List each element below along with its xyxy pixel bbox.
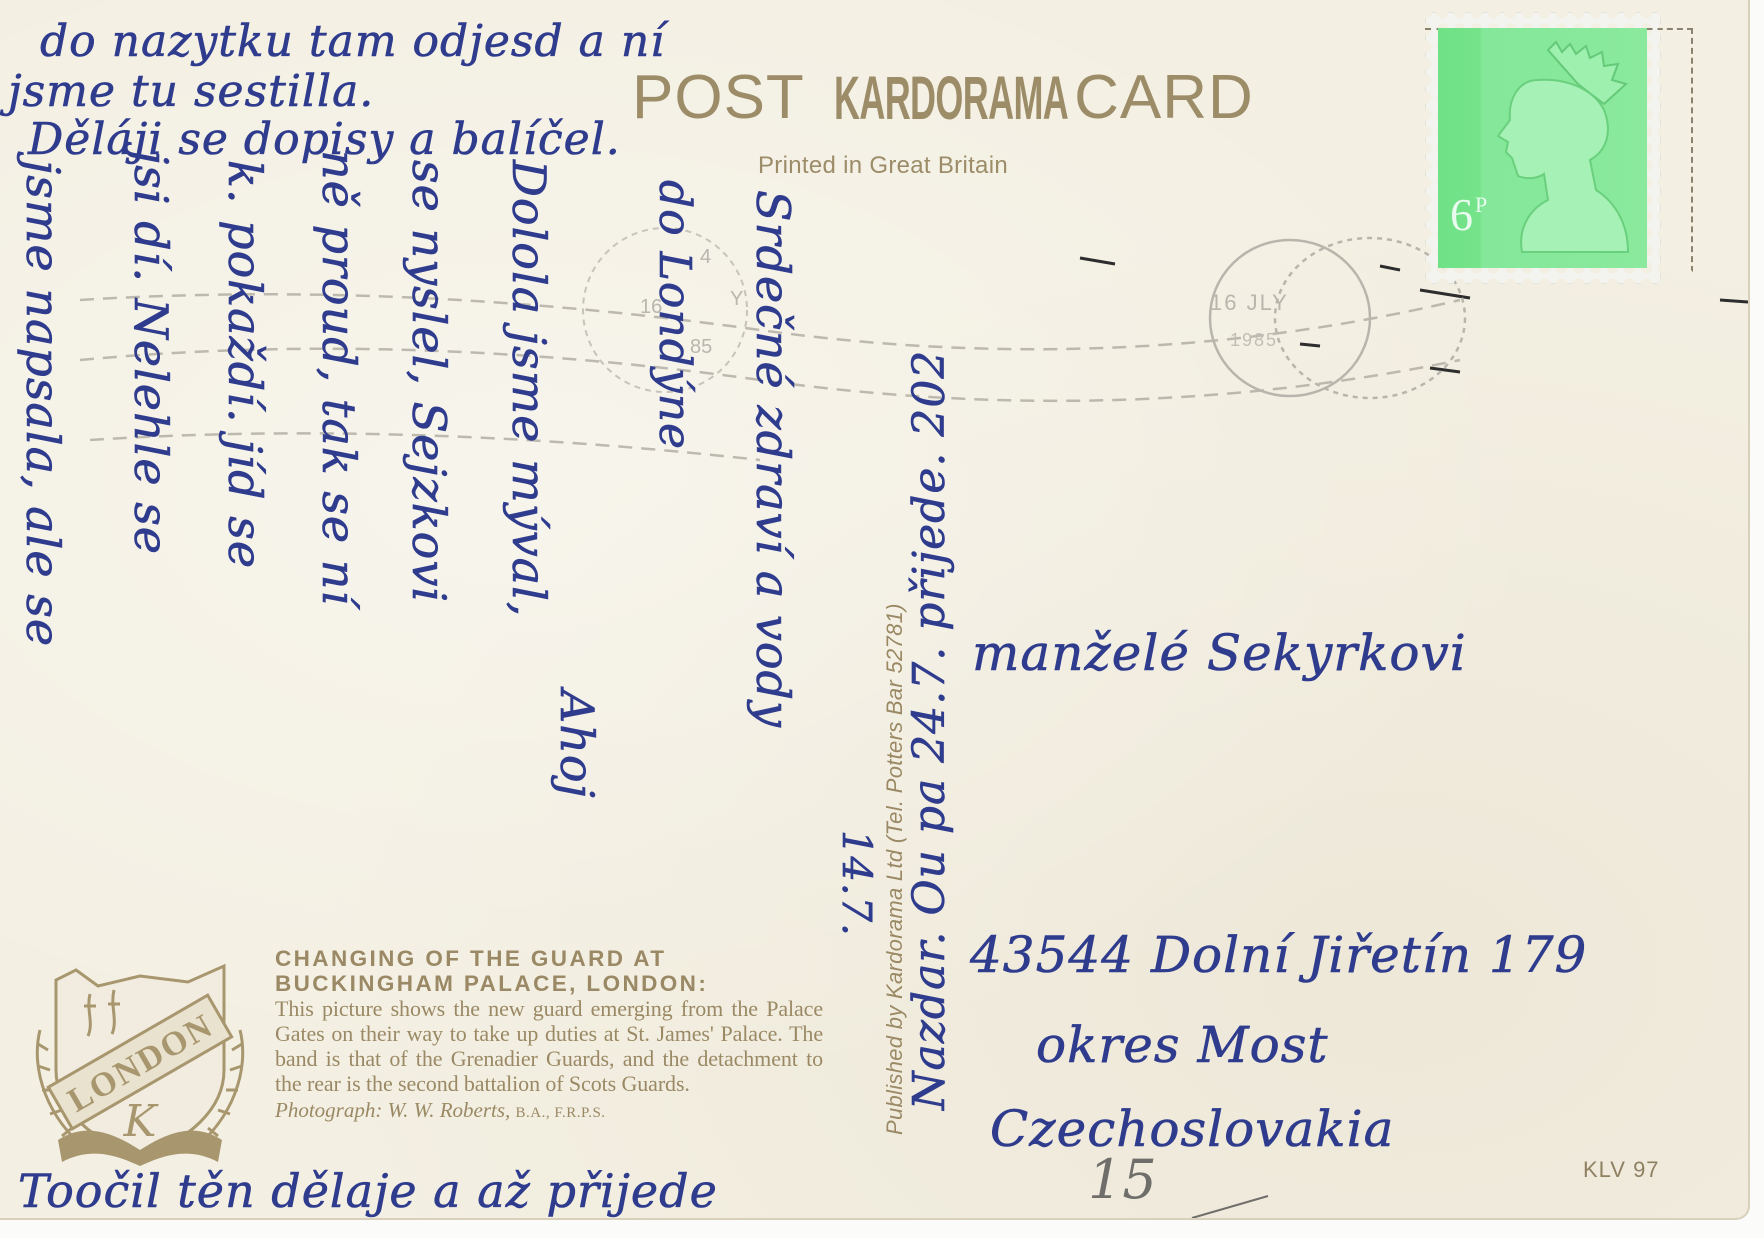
credit-qualifications: B.A., F.R.P.S. [516, 1105, 606, 1121]
address-street: 43544 Dolní Jiřetín 179 [970, 930, 1587, 980]
address-recipient: manželé Sekyrkovi [972, 628, 1467, 678]
photo-credit: Photograph: W. W. Roberts, B.A., F.R.P.S… [275, 1098, 823, 1123]
caption-body: This picture shows the new guard emergin… [275, 996, 823, 1096]
message-line: do nazytku tam odjesd a ní [40, 20, 665, 64]
publisher-line: Published by Kardorama Ltd (Tel. Potters… [882, 603, 908, 1135]
caption-title-line: BUCKINGHAM PALACE, LONDON: [275, 971, 823, 996]
address-country: Czechoslovakia [990, 1104, 1394, 1154]
postcard-back: POST KARDORAMA CARD Printed in Great Bri… [0, 0, 1750, 1220]
message-column: jsme napsala, ale se [20, 160, 66, 647]
message-column: se nyslel, Sejzkovi [406, 160, 452, 603]
message-column: jsi dí. Nelehle se [128, 150, 174, 555]
message-column: 14.7. [836, 830, 876, 937]
card-code: KLV 97 [1583, 1157, 1660, 1183]
pencil-note: 15 [1088, 1148, 1157, 1211]
london-crest-icon: LONDON K [28, 950, 252, 1170]
address-district: okres Most [1036, 1020, 1329, 1070]
message-column: Ahoj [554, 690, 600, 799]
message-column: Nazdar. Ou pa 24.7. přijede. 202 [908, 350, 952, 1110]
postmark-year: 1985 [1230, 330, 1278, 351]
queen-profile-icon [1478, 40, 1638, 260]
message-line: jsme tu sestilla. [8, 70, 374, 114]
scan-margin [0, 1220, 1764, 1238]
crest-monogram: K [123, 1096, 159, 1147]
postage-stamp: 6P [1425, 12, 1661, 284]
photo-caption: CHANGING OF THE GUARD AT BUCKINGHAM PALA… [275, 946, 823, 1123]
credit-label: Photograph: [275, 1098, 382, 1122]
stamp-face: 6P [1438, 28, 1647, 268]
caption-title-line: CHANGING OF THE GUARD AT [275, 946, 823, 971]
message-column: Dolola jsme mýval, [506, 160, 552, 617]
message-column: do Londýne [652, 180, 696, 450]
message-closing-line: Toočil těn dělaje a až přijede [18, 1168, 718, 1214]
credit-name: W. W. Roberts, [388, 1098, 511, 1122]
message-column: k. pokaždí. jíd se [222, 160, 268, 569]
stamp-value-unit: P [1475, 192, 1487, 217]
postmark-date: 16 JLY [1210, 290, 1289, 316]
stamp-value: 6P [1450, 192, 1487, 238]
pencil-stroke-icon [1190, 1190, 1270, 1220]
message-column: ně proud, tak se ní [316, 150, 362, 606]
stamp-value-number: 6 [1450, 189, 1473, 240]
message-column: Srdečné zdraví a vody [750, 190, 796, 728]
